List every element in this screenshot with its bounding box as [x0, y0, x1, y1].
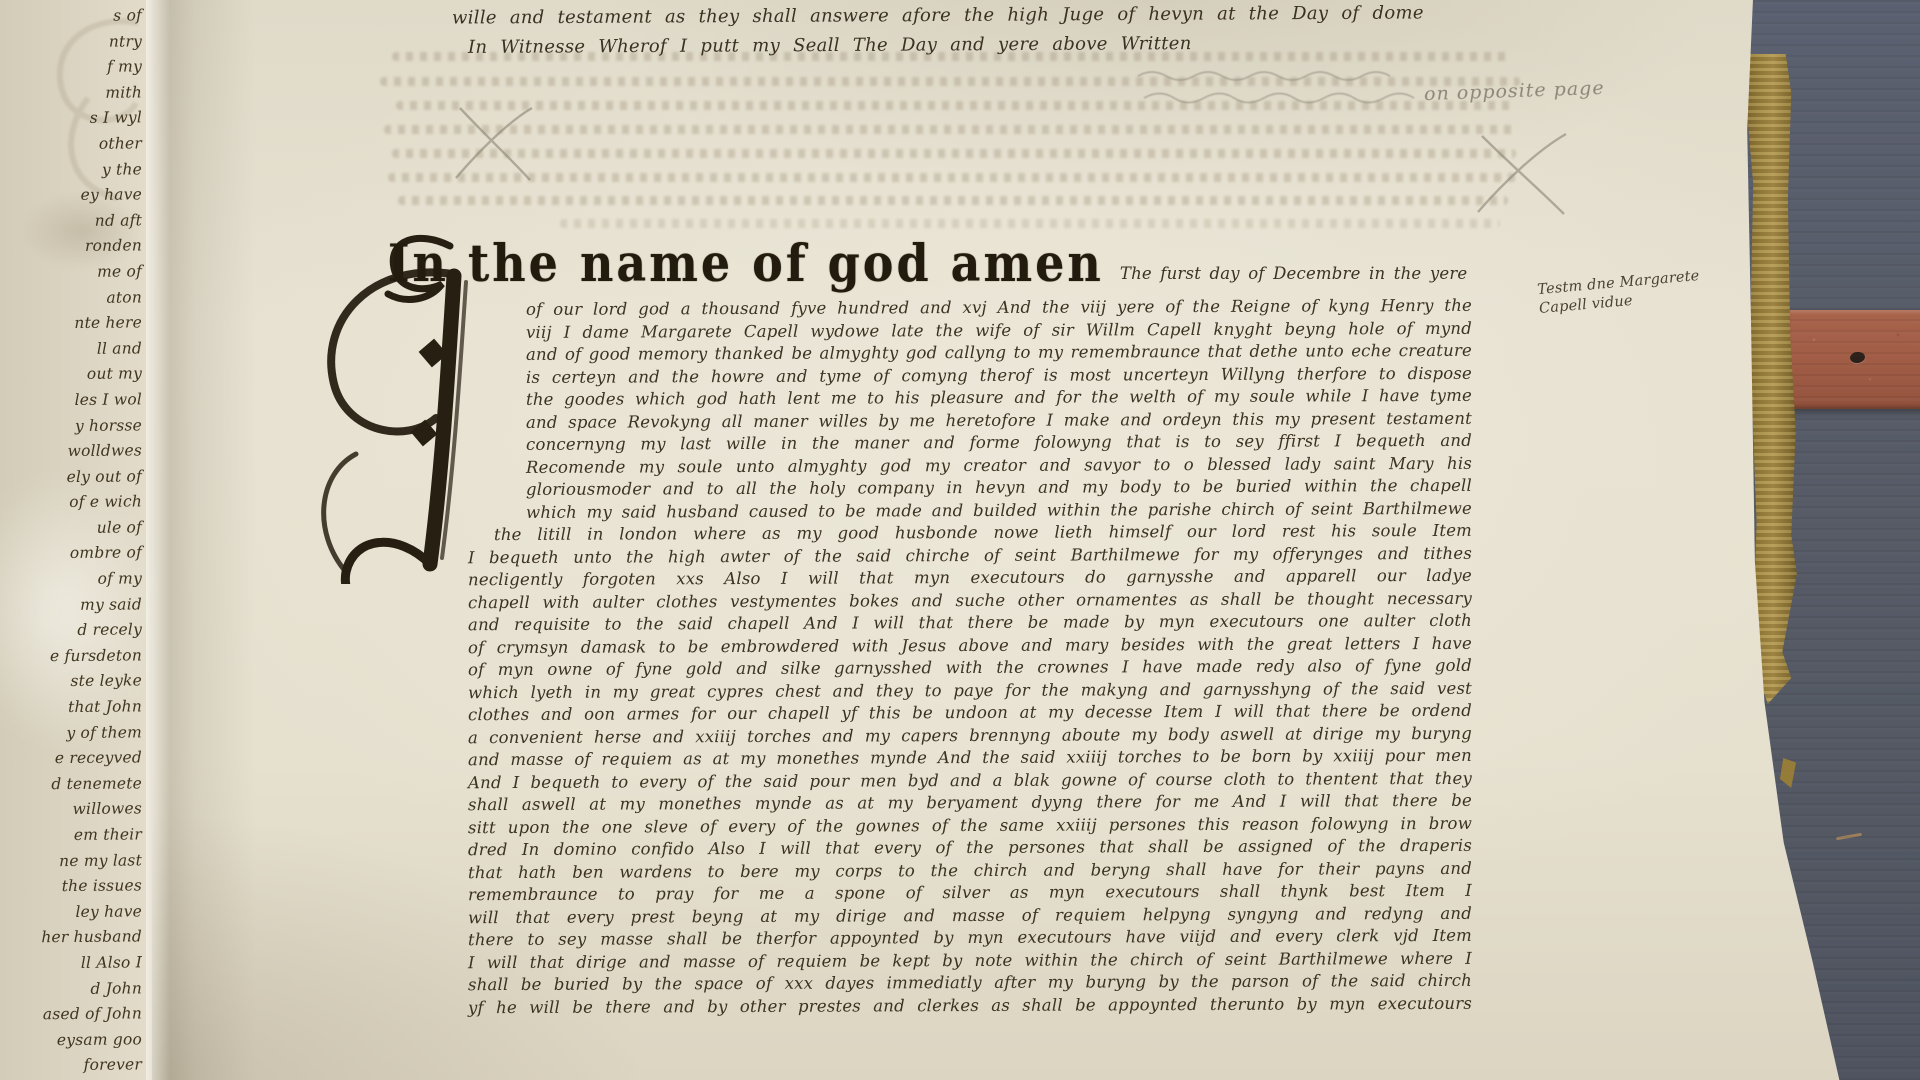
bleedthrough-text — [388, 173, 1516, 182]
leather-strap — [1786, 310, 1920, 409]
fragment-line: nd aft — [0, 208, 142, 235]
fragment-line: nte here — [0, 311, 142, 338]
fragment-line: ne my last — [0, 848, 142, 875]
fragment-line: aton — [0, 285, 142, 312]
fragment-line: d recely — [0, 618, 142, 645]
fragment-line: of my — [0, 566, 142, 593]
pencil-x-mark — [452, 104, 536, 186]
will-line: yf he will be there and by other prestes… — [468, 992, 1472, 1019]
page-crease-shadow — [146, 0, 256, 1080]
fragment-line: my said — [0, 592, 142, 619]
fragment-line: ey have — [0, 183, 142, 210]
fragment-line: ased of John — [0, 1002, 142, 1029]
previous-will-witness-line: In Witnesse Wherof I putt my Seall The D… — [468, 33, 1192, 58]
fragment-line: les I wol — [0, 387, 142, 414]
fragment-line: ll and — [0, 336, 142, 363]
will-heading-row: In the name of god amen The furst day of… — [388, 236, 1467, 290]
fragment-line: that John — [0, 694, 142, 721]
fragment-line: ombre of — [0, 541, 142, 568]
photograph-of-manuscript-will: on opposite page wille and testament as … — [0, 0, 1920, 1080]
fragment-line: y horsse — [0, 413, 142, 440]
will-body-text: of our lord god a thousand fyve hundred … — [468, 297, 1472, 1017]
fragment-line: ronden — [0, 234, 142, 261]
fragment-line: wolldwes — [0, 438, 142, 465]
fragment-line: y of them — [0, 720, 142, 747]
wood-scratch — [1836, 833, 1862, 840]
fragment-line: ntry — [0, 29, 142, 56]
fragment-line: eysam goo — [0, 1027, 142, 1054]
fragment-line: me of — [0, 259, 142, 286]
fragment-line: e receyved — [0, 746, 142, 773]
fragment-line: the issues — [0, 874, 142, 901]
fragment-line: ste leyke — [0, 669, 142, 696]
fragment-line: e fursdeton — [0, 643, 142, 670]
fragment-line: d John — [0, 976, 142, 1003]
bleedthrough-text — [398, 196, 1508, 205]
fragment-line: f my — [0, 55, 142, 82]
fragment-line: ley have — [0, 899, 142, 926]
heading-continuation: The furst day of Decembre in the yere — [1120, 264, 1468, 283]
pencil-scribble — [1136, 62, 1436, 108]
fragment-line: willowes — [0, 797, 142, 824]
fragment-line: other — [0, 131, 142, 158]
fragment-line: ely out of — [0, 464, 142, 491]
fragment-line: of e wich — [0, 490, 142, 517]
fragment-line: ll Also I — [0, 950, 142, 977]
bleedthrough-text — [560, 219, 1500, 228]
fragment-line: y the — [0, 157, 142, 184]
heading-in-the-name-of-god-amen: In the name of god amen — [388, 233, 1104, 293]
bleedthrough-text — [384, 125, 1516, 134]
fragment-line: em their — [0, 822, 142, 849]
fragment-line: s I wyl — [0, 106, 142, 133]
fragment-line: her husband — [0, 925, 142, 952]
strap-hole — [1849, 351, 1865, 364]
left-page-text-fragments: s of ntry f my mith s I wyl other y the … — [0, 4, 146, 1079]
fragment-line: s of — [0, 3, 142, 30]
fragment-line: d tenemete — [0, 771, 142, 798]
fragment-line: ule of — [0, 515, 142, 542]
fragment-line: out my — [0, 362, 142, 389]
fragment-line: forever — [0, 1053, 142, 1080]
pencil-x-mark — [1474, 130, 1570, 220]
fragment-line: mith — [0, 80, 142, 107]
bleedthrough-text — [392, 149, 1516, 158]
